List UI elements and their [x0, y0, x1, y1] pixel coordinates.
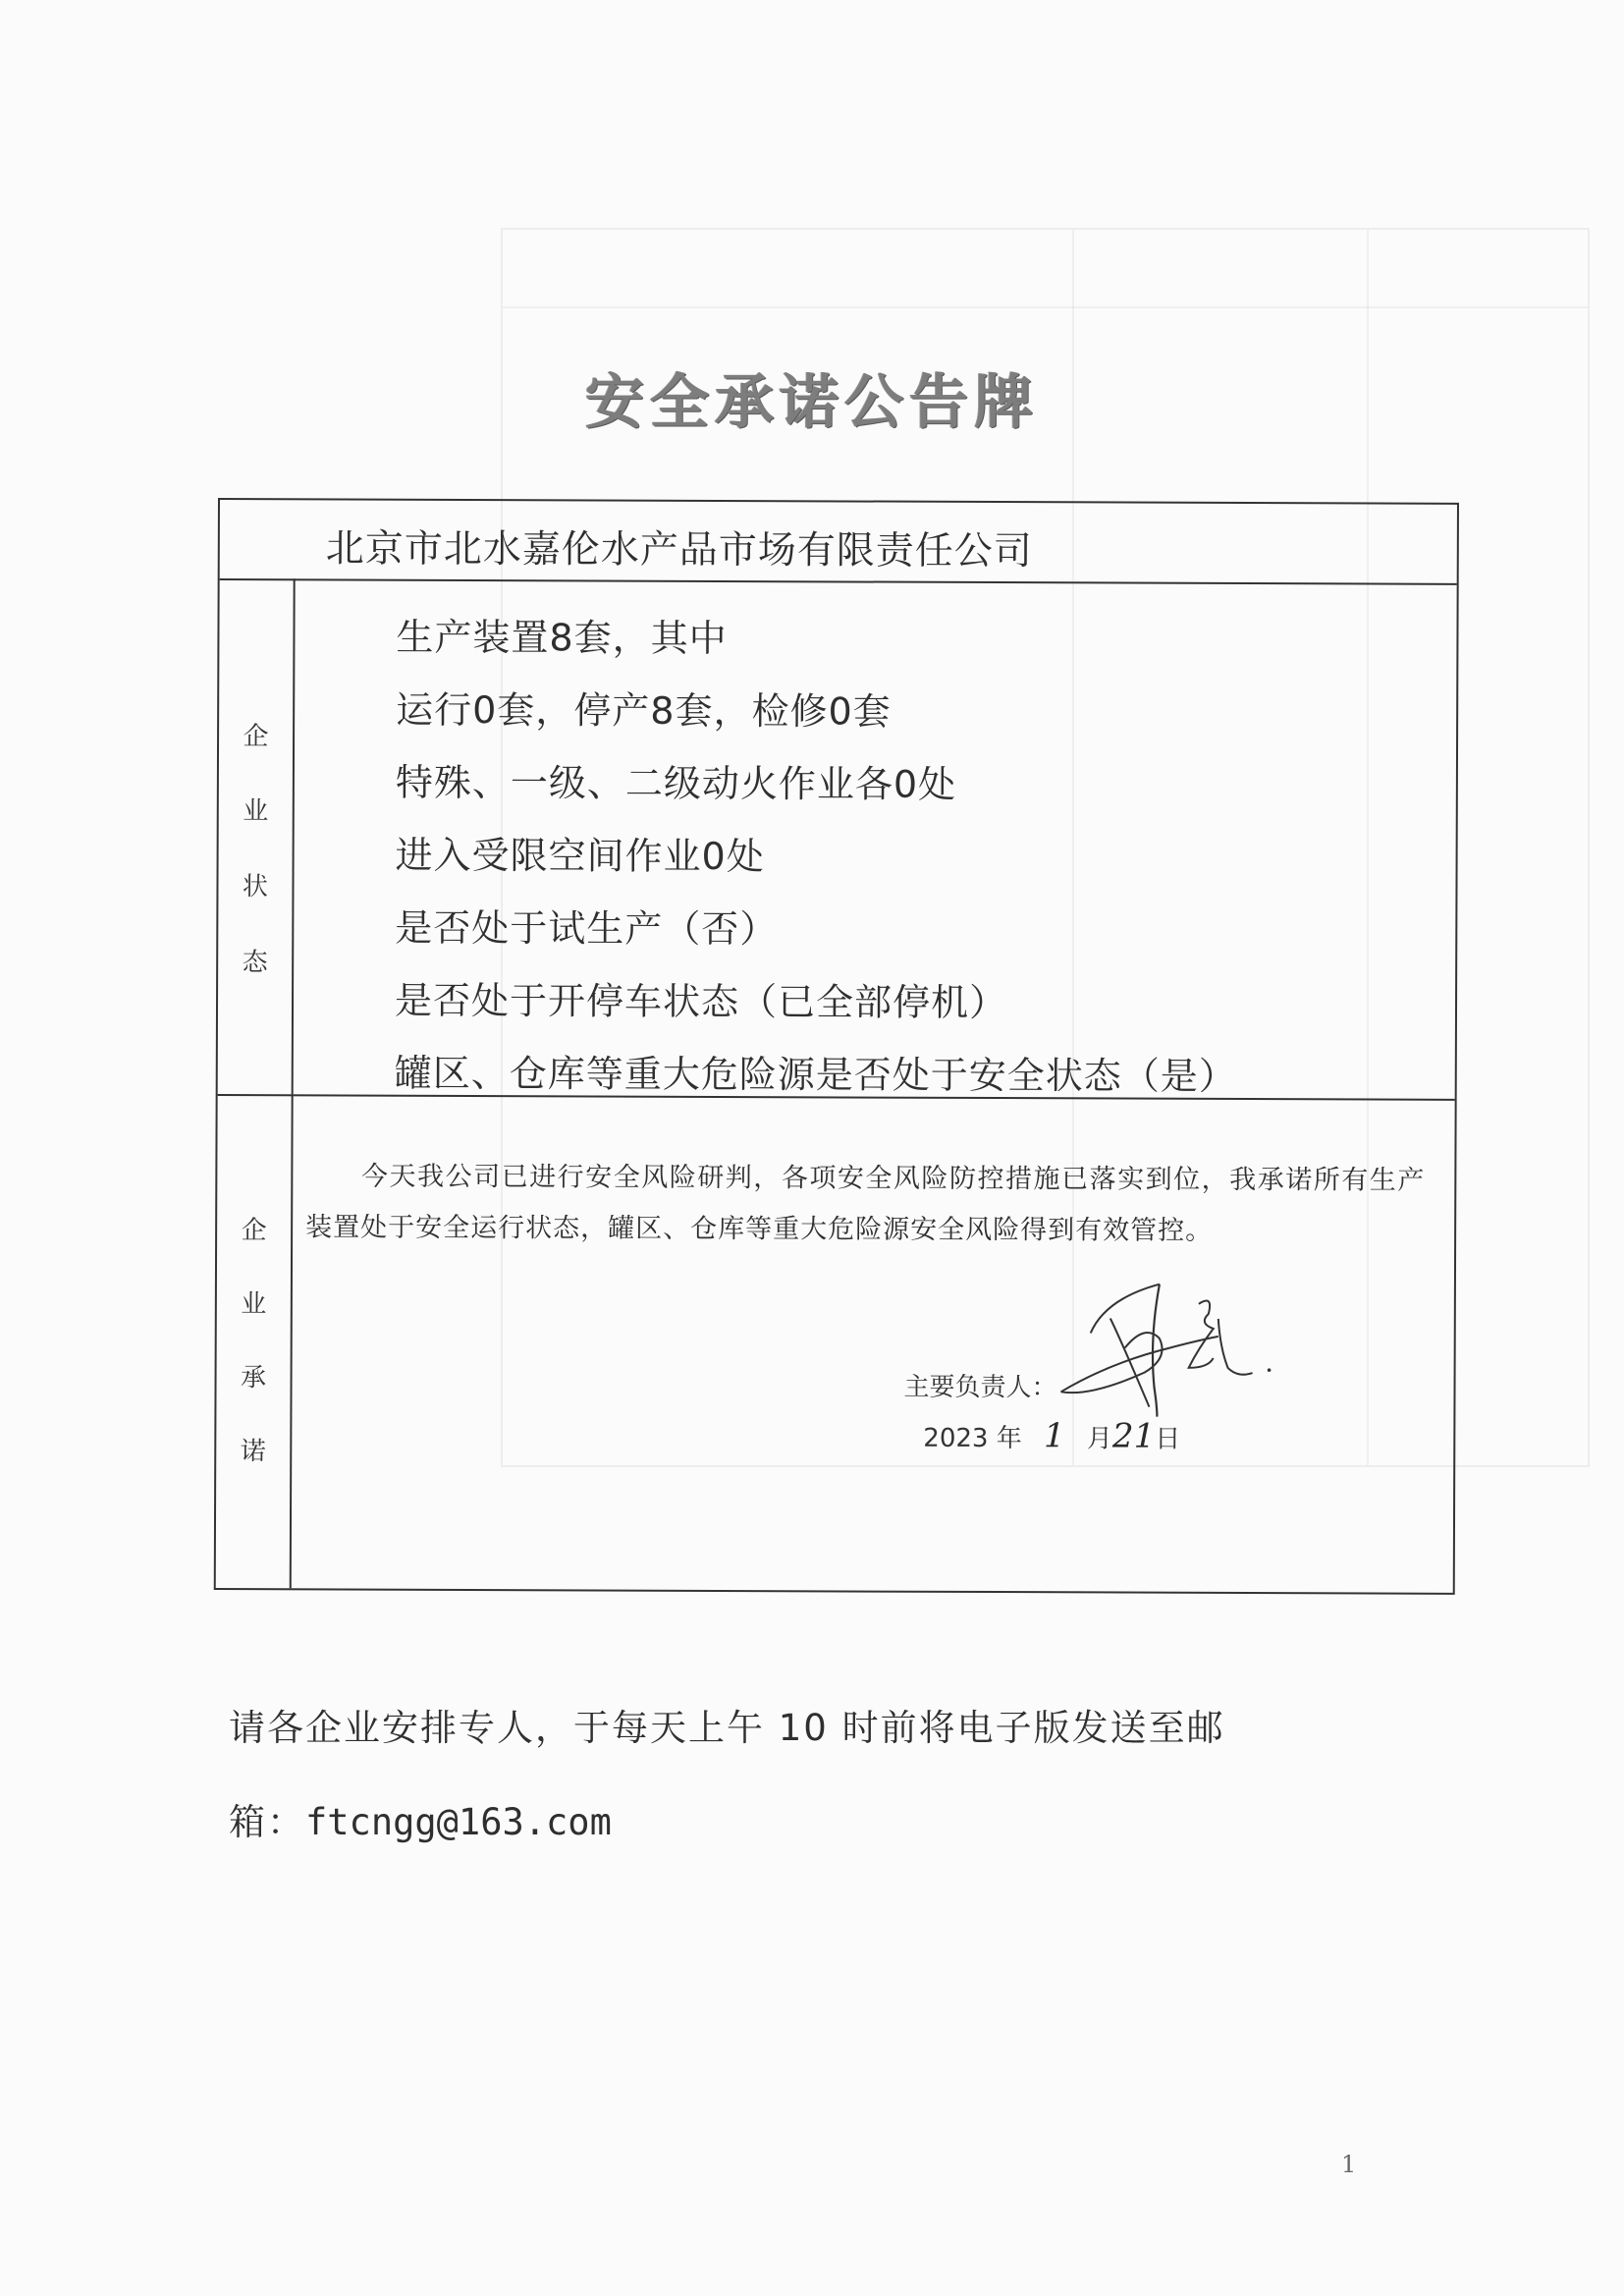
status-label-char: 态	[218, 942, 292, 978]
page-title: 安全承诺公告牌	[0, 355, 1624, 440]
commitment-table: 北京市北水嘉伦水产品市场有限责任公司 企 业 状 态 生产装置8套，其中 运行0…	[214, 498, 1459, 1595]
handwritten-signature	[1051, 1279, 1277, 1427]
date-month-unit: 月	[1087, 1424, 1112, 1453]
commitment-label-char: 承	[216, 1357, 290, 1394]
date-year-unit: 年	[997, 1424, 1022, 1453]
status-label-char: 状	[218, 866, 292, 902]
status-line-hot-work: 特殊、一级、二级动火作业各0处	[396, 746, 1238, 822]
status-line-start-stop: 是否处于开停车状态（已全部停机）	[395, 964, 1237, 1040]
commitment-text: 今天我公司已进行安全风险研判，各项安全风险防控措施已落实到位，我承诺所有生产装置…	[305, 1151, 1425, 1257]
date-day: 21	[1112, 1417, 1155, 1456]
notice-line-2: 箱：ftcngg@163.com	[229, 1776, 1456, 1870]
status-label-char: 业	[219, 791, 293, 827]
status-row: 企 业 状 态 生产装置8套，其中 运行0套，停产8套，检修0套 特殊、一级、二…	[218, 578, 1457, 1101]
notice-email-prefix: 箱：	[229, 1801, 305, 1843]
submission-notice: 请各企业安排专人，于每天上午 10 时前将电子版发送至邮 箱：ftcngg@16…	[229, 1681, 1456, 1870]
status-lines: 生产装置8套，其中 运行0套，停产8套，检修0套 特殊、一级、二级动火作业各0处…	[395, 601, 1239, 1113]
commitment-label-char: 业	[217, 1284, 291, 1320]
status-line-devices: 生产装置8套，其中	[396, 601, 1238, 677]
page-number: 1	[1341, 2151, 1356, 2178]
date-month: 1	[1044, 1416, 1065, 1455]
sign-date: 2023 年 1 月21日	[923, 1416, 1180, 1456]
principal-signer-label: 主要负责人：	[903, 1367, 1056, 1404]
status-label-column: 企 业 状 态	[218, 578, 296, 1094]
commitment-label-column: 企 业 承 诺	[216, 1094, 294, 1588]
commitment-label-char: 诺	[216, 1431, 290, 1467]
date-year: 2023	[923, 1424, 988, 1453]
status-line-operation: 运行0套，停产8套，检修0套	[396, 674, 1238, 749]
commitment-row: 企 业 承 诺 今天我公司已进行安全风险研判，各项安全风险防控措施已落实到位，我…	[216, 1094, 1455, 1593]
company-row: 北京市北水嘉伦水产品市场有限责任公司	[220, 500, 1457, 585]
status-line-confined-space: 进入受限空间作业0处	[395, 819, 1237, 895]
ghost-line	[503, 306, 1588, 308]
commitment-label-char: 企	[217, 1210, 291, 1246]
status-line-trial-production: 是否处于试生产（否）	[395, 892, 1237, 967]
notice-email: ftcngg@163.com	[305, 1801, 612, 1843]
date-day-unit: 日	[1155, 1425, 1180, 1454]
status-label-char: 企	[219, 716, 293, 752]
company-name: 北京市北水嘉伦水产品市场有限责任公司	[326, 518, 1033, 575]
notice-line-1: 请各企业安排专人，于每天上午 10 时前将电子版发送至邮	[229, 1681, 1456, 1776]
